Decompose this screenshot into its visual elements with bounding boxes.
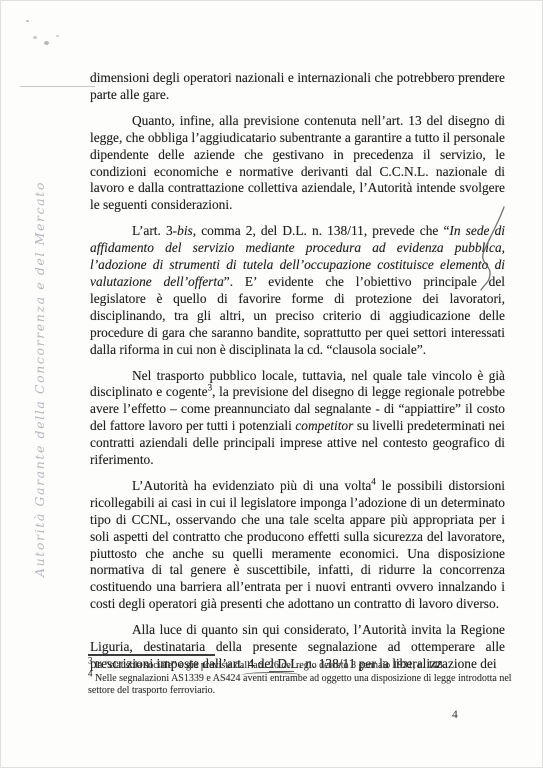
letterhead-vertical-text: Autorità Garante della Concorrenza e del… [32, 237, 52, 577]
text-segment: la “clausola sociale” è già prevista dal… [93, 660, 269, 671]
text-segment: dimensioni degli operatori nazionali e i… [90, 70, 505, 102]
text-segment: bis [177, 223, 193, 238]
pen-bracket-annotation [477, 204, 509, 294]
text-segment: regio decreto 8 gennaio 1931, n. 148. [294, 660, 446, 671]
text-segment: competitor [295, 418, 353, 433]
pen-speck [26, 20, 29, 22]
footnote: 4 Nelle segnalazioni AS1339 e AS424 aven… [88, 673, 512, 698]
text-segment: 26 del [269, 660, 294, 672]
body-paragraphs: dimensioni degli operatori nazionali e i… [90, 70, 505, 682]
page-number: 4 [452, 709, 458, 721]
text-segment: Nelle segnalazioni AS1339 e AS424 [93, 673, 244, 684]
paragraph: L’art. 3-bis, comma 2, del D.L. n. 138/1… [90, 223, 505, 358]
paragraph: L’Autorità ha evidenziato più di una vol… [90, 478, 505, 613]
pen-speck [33, 36, 37, 39]
pen-speck [44, 41, 49, 45]
scanned-document-page: Autorità Garante della Concorrenza e del… [0, 0, 543, 768]
paragraph: dimensioni degli operatori nazionali e i… [90, 70, 505, 104]
text-segment: Quanto, infine, alla previsione contenut… [90, 113, 505, 213]
scanner-streak [20, 86, 95, 87]
text-segment: L’art. 3- [132, 223, 177, 238]
text-segment: le possibili distorsioni ricollegabili a… [90, 478, 505, 611]
text-segment: , comma 2, del D.L. n. 138/11, prevede c… [193, 223, 450, 238]
text-segment: aventi entrambe [243, 673, 307, 684]
paragraph: Quanto, infine, alla previsione contenut… [90, 113, 505, 214]
footnote-separator [88, 654, 215, 656]
paragraph: Nel trasporto pubblico locale, tuttavia,… [90, 368, 505, 469]
pen-speck [56, 35, 59, 37]
footnote: 3 la “clausola sociale” è già prevista d… [88, 660, 512, 673]
footnotes: 3 la “clausola sociale” è già prevista d… [88, 660, 512, 698]
text-segment: L’Autorità ha evidenziato più di una vol… [132, 478, 371, 493]
